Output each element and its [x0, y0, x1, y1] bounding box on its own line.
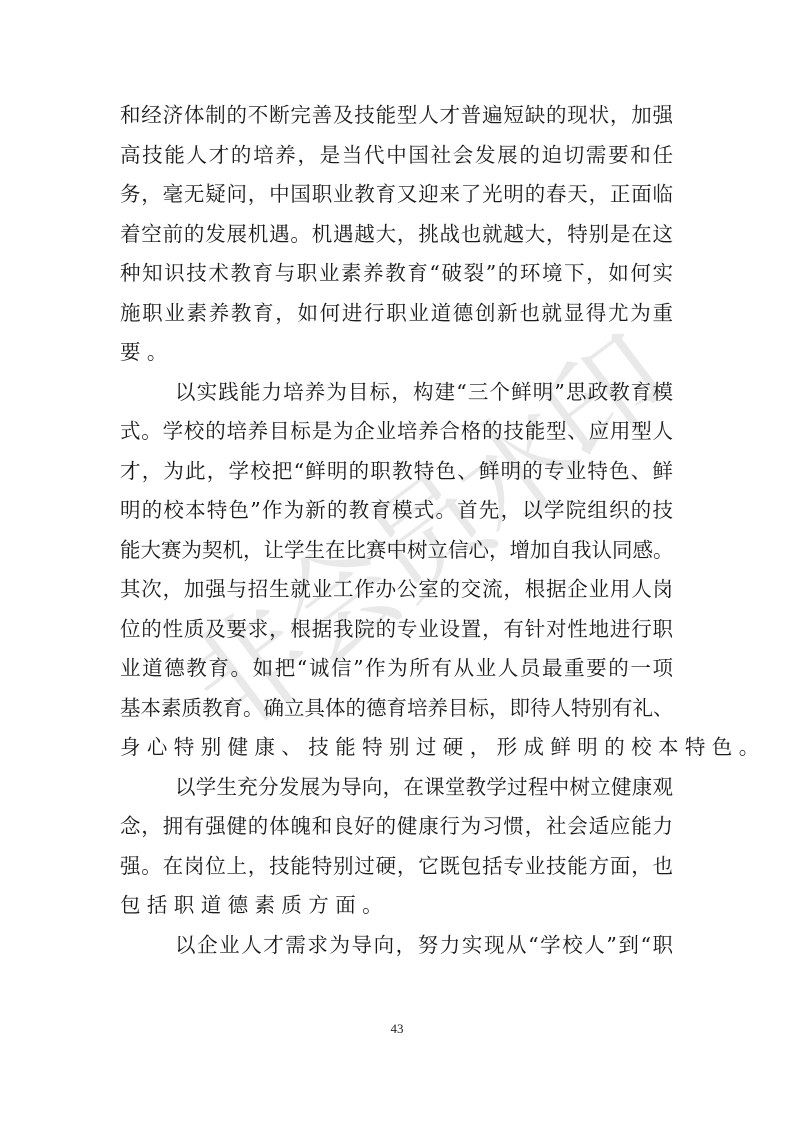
text-line: 业道德教育。如把“诚信”作为所有从业人员最重要的一项: [120, 649, 673, 689]
text-line: 明的校本特色”作为新的教育模式。首先，以学院组织的技: [120, 491, 673, 531]
text-line: 种知识技术教育与职业素养教育“破裂”的环境下，如何实: [120, 254, 673, 294]
text-line: 以实践能力培养为目标，构建“三个鲜明”思政教育模: [120, 373, 673, 413]
text-line: 以企业人才需求为导向，努力实现从“学校人”到“职: [120, 926, 673, 966]
page-number: 43: [0, 1021, 794, 1037]
text-line: 能大赛为契机，让学生在比赛中树立信心，增加自我认同感。: [120, 531, 673, 571]
text-line: 要。: [120, 333, 673, 373]
text-line: 其次，加强与招生就业工作办公室的交流，根据企业用人岗: [120, 570, 673, 610]
text-line: 才，为此，学校把“鲜明的职教特色、鲜明的专业特色、鲜: [120, 452, 673, 492]
text-line: 包括职道德素质方面。: [120, 886, 673, 926]
body-text: 和经济体制的不断完善及技能型人才普遍短缺的现状，加强 高技能人才的培养，是当代中…: [120, 96, 673, 965]
text-line: 强。在岗位上，技能特别过硬，它既包括专业技能方面，也: [120, 847, 673, 887]
text-line: 着空前的发展机遇。机遇越大，挑战也就越大，特别是在这: [120, 215, 673, 255]
text-line: 务，毫无疑问，中国职业教育又迎来了光明的春天，正面临: [120, 175, 673, 215]
document-page: 非会员水印 和经济体制的不断完善及技能型人才普遍短缺的现状，加强 高技能人才的培…: [0, 0, 794, 1123]
text-line: 式。学校的培养目标是为企业培养合格的技能型、应用型人: [120, 412, 673, 452]
paragraph: 以学生充分发展为导向，在课堂教学过程中树立健康观 念，拥有强健的体魄和良好的健康…: [120, 768, 673, 926]
paragraph: 和经济体制的不断完善及技能型人才普遍短缺的现状，加强 高技能人才的培养，是当代中…: [120, 96, 673, 373]
paragraph: 以企业人才需求为导向，努力实现从“学校人”到“职: [120, 926, 673, 966]
text-line: 基本素质教育。确立具体的德育培养目标，即待人特别有礼、: [120, 689, 673, 729]
text-line: 施职业素养教育，如何进行职业道德创新也就显得尤为重: [120, 294, 673, 334]
text-line: 位的性质及要求，根据我院的专业设置，有针对性地进行职: [120, 610, 673, 650]
text-line: 高技能人才的培养，是当代中国社会发展的迫切需要和任: [120, 136, 673, 176]
paragraph: 以实践能力培养为目标，构建“三个鲜明”思政教育模 式。学校的培养目标是为企业培养…: [120, 373, 673, 768]
text-line: 以学生充分发展为导向，在课堂教学过程中树立健康观: [120, 768, 673, 808]
text-line: 和经济体制的不断完善及技能型人才普遍短缺的现状，加强: [120, 96, 673, 136]
text-line: 身心特别健康、技能特别过硬，形成鲜明的校本特色。: [120, 728, 673, 768]
text-line: 念，拥有强健的体魄和良好的健康行为习惯，社会适应能力: [120, 807, 673, 847]
